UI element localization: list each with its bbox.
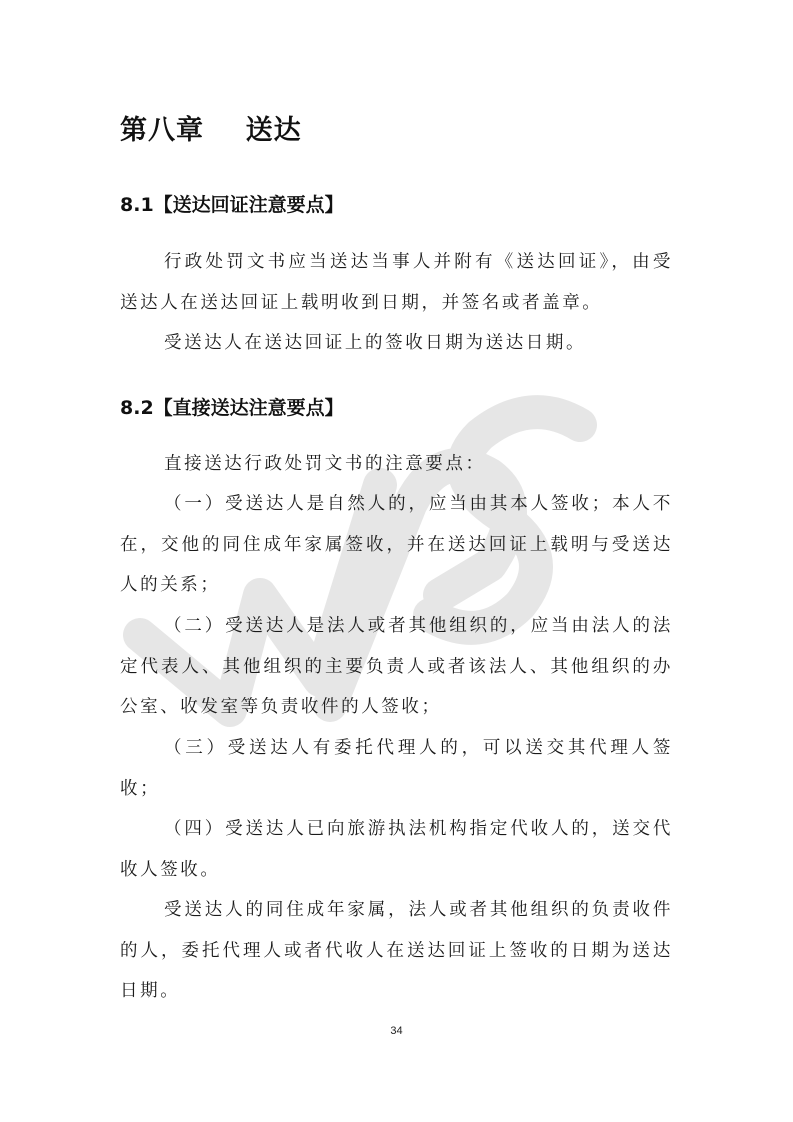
- paragraph: 行政处罚文书应当送达当事人并附有《送达回证》，由受送达人在送达回证上载明收到日期…: [120, 242, 673, 323]
- paragraph: 直接送达行政处罚文书的注意要点：: [120, 444, 673, 485]
- chapter-title: 第八章 送达: [120, 108, 302, 147]
- list-item: （四）受送达人已向旅游执法机构指定代收人的，送交代收人签收。: [120, 809, 673, 890]
- list-item: （三）受送达人有委托代理人的，可以送交其代理人签收；: [120, 728, 673, 809]
- paragraph: 受送达人在送达回证上的签收日期为送达日期。: [120, 323, 673, 364]
- paragraph: 受送达人的同住成年家属，法人或者其他组织的负责收件的人，委托代理人或者代收人在送…: [120, 890, 673, 1012]
- list-item: （一）受送达人是自然人的，应当由其本人签收；本人不在，交他的同住成年家属签收，并…: [120, 484, 673, 606]
- document-page: 第八章 送达 8.1【送达回证注意要点】 行政处罚文书应当送达当事人并附有《送达…: [0, 0, 793, 1122]
- section-heading: 8.1【送达回证注意要点】: [120, 190, 344, 217]
- page-number: 34: [0, 1025, 793, 1037]
- section-heading: 8.2【直接送达注意要点】: [120, 393, 344, 420]
- list-item: （二）受送达人是法人或者其他组织的，应当由法人的法定代表人、其他组织的主要负责人…: [120, 606, 673, 728]
